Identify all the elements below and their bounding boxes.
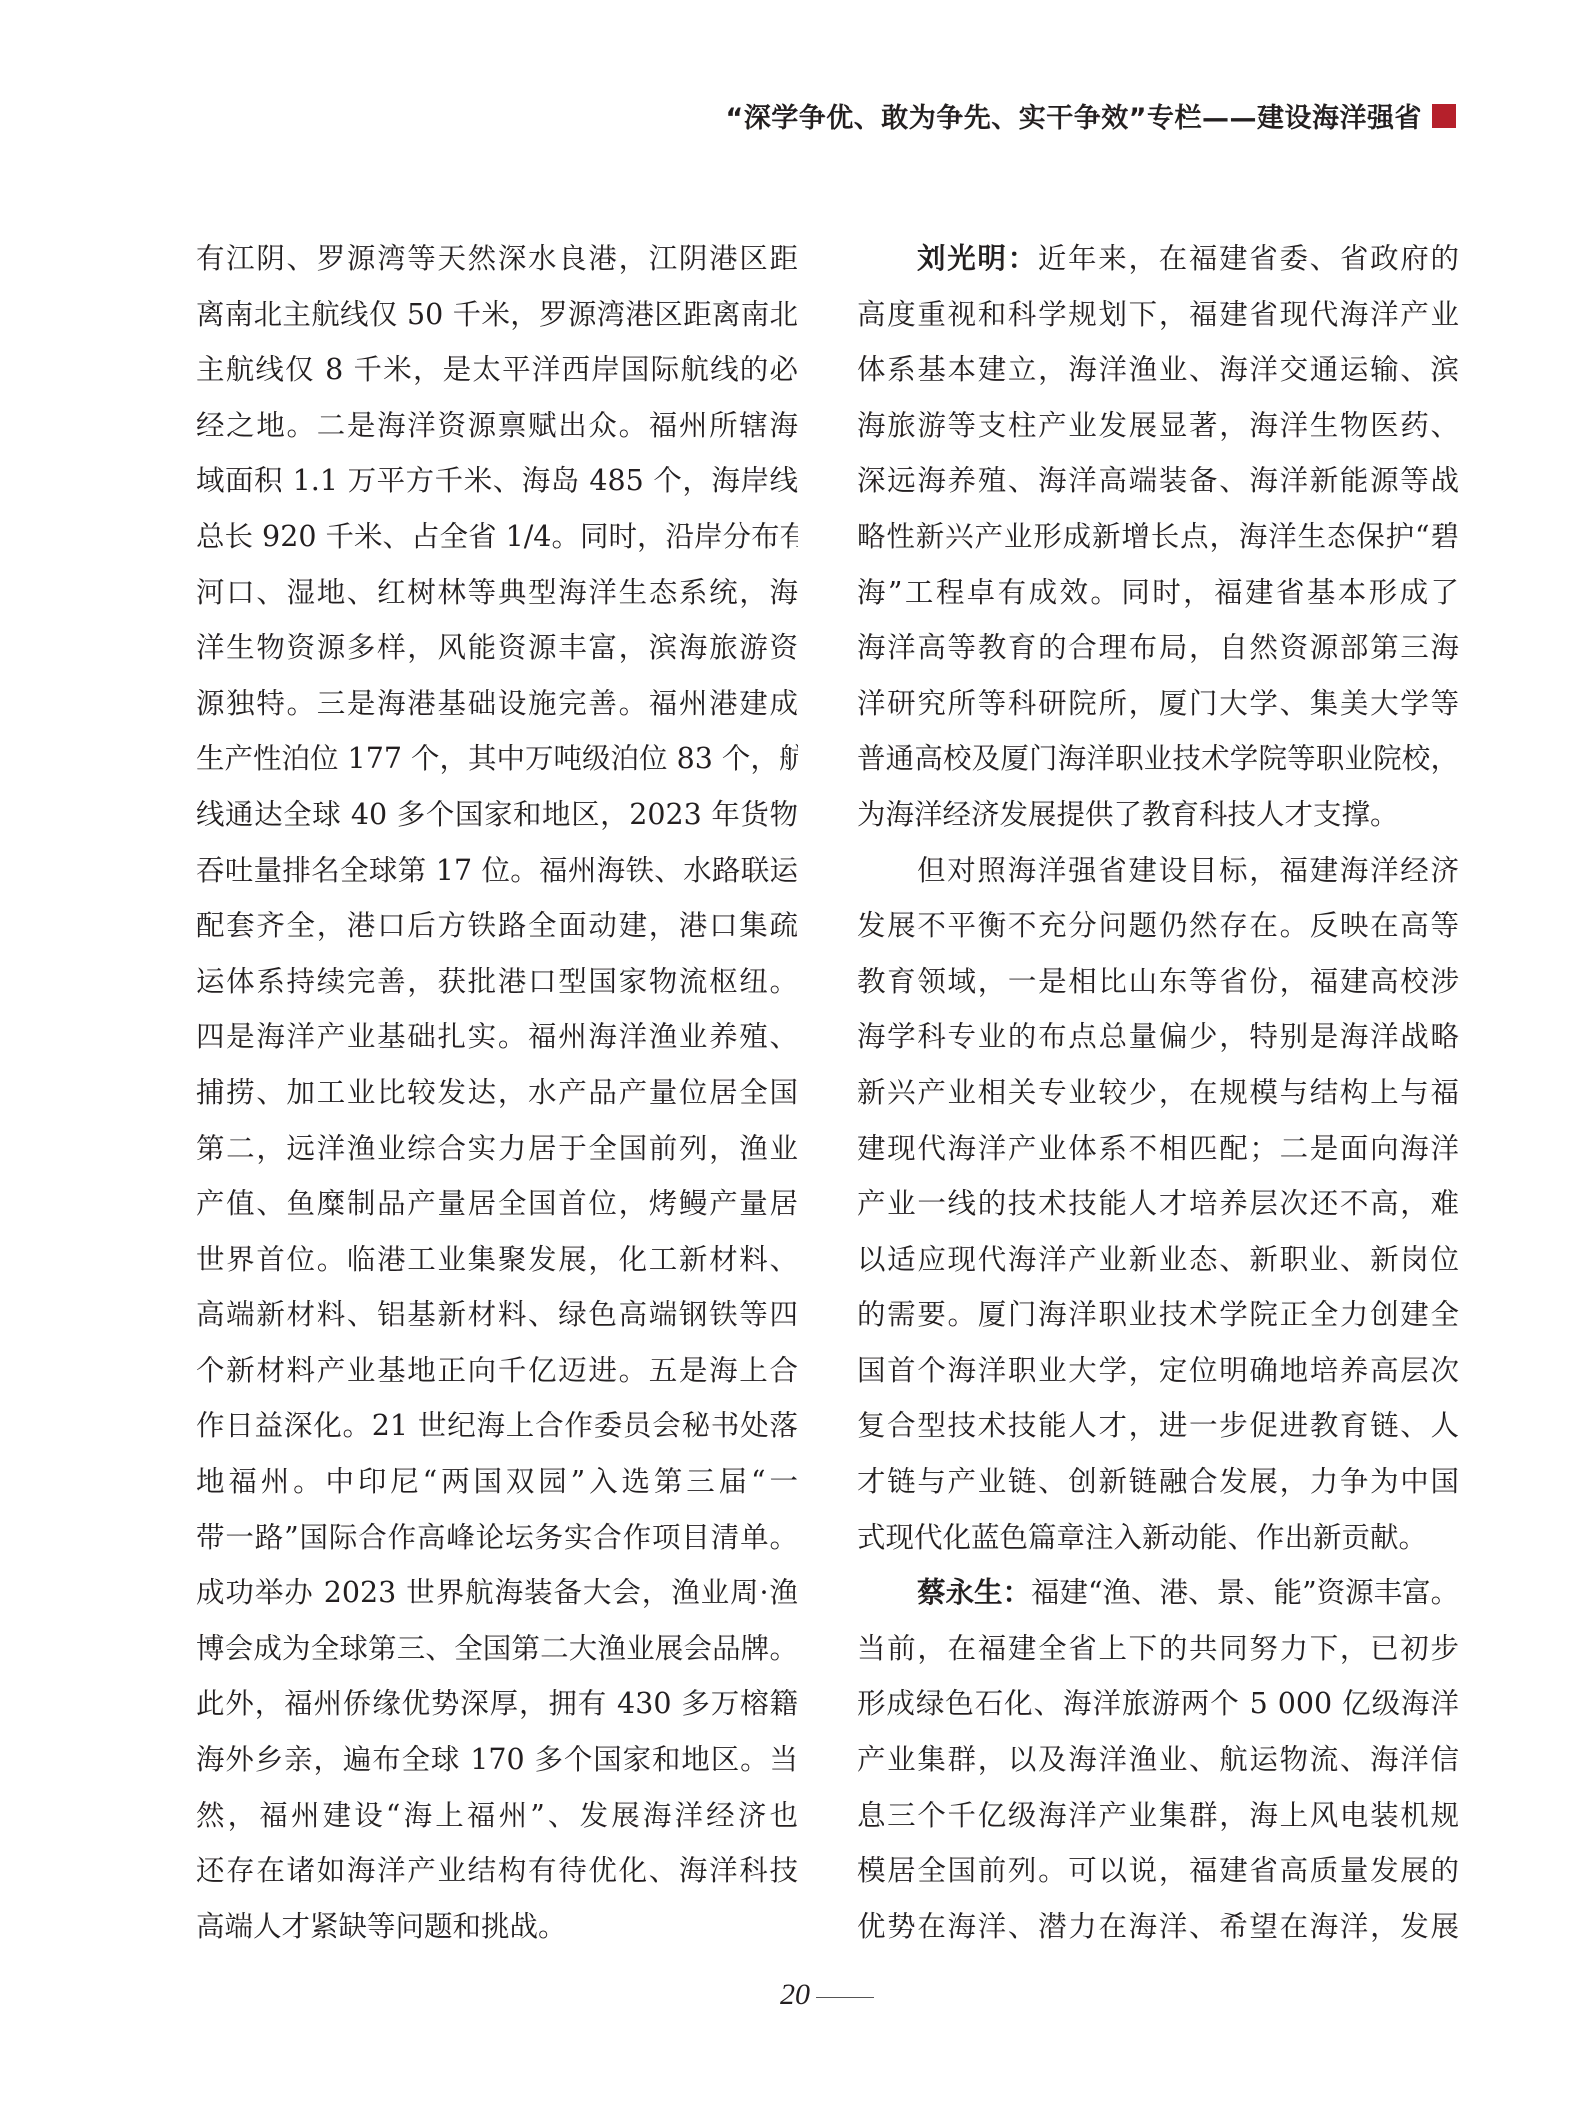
text-line: 海旅游等支柱产业发展显著，海洋生物医药、	[857, 398, 1459, 454]
text-line: 生产性泊位 177 个，其中万吨级泊位 83 个，航	[196, 731, 798, 787]
text-line: 复合型技术技能人才，进一步促进教育链、人	[857, 1398, 1459, 1454]
text-line: 息三个千亿级海洋产业集群，海上风电装机规	[857, 1788, 1459, 1844]
text-line: 经之地。二是海洋资源禀赋出众。福州所辖海	[196, 398, 798, 454]
text-line: 国首个海洋职业大学，定位明确地培养高层次	[857, 1343, 1459, 1399]
speaker-name: 刘光明：	[917, 242, 1038, 275]
footer-rule	[816, 1997, 874, 1998]
text-line: 形成绿色石化、海洋旅游两个 5 000 亿级海洋	[857, 1676, 1459, 1732]
text-line: 当前，在福建全省上下的共同努力下，已初步	[857, 1621, 1459, 1677]
text-line: 高端新材料、铝基新材料、绿色高端钢铁等四	[196, 1287, 798, 1343]
paragraph-first-line: 但对照海洋强省建设目标，福建海洋经济	[857, 843, 1459, 899]
text-line: 世界首位。临港工业集聚发展，化工新材料、	[196, 1232, 798, 1288]
text-line: 高端人才紧缺等问题和挑战。	[196, 1899, 798, 1955]
text-line: 产值、鱼糜制品产量居全国首位，烤鳗产量居	[196, 1176, 798, 1232]
text-line: 捕捞、加工业比较发达，水产品产量位居全国	[196, 1065, 798, 1121]
text-line: 体系基本建立，海洋渔业、海洋交通运输、滨	[857, 342, 1459, 398]
left-text-column: 有江阴、罗源湾等天然深水良港，江阴港区距 离南北主航线仅 50 千米，罗源湾港区…	[196, 231, 798, 1954]
text-line: 的需要。厦门海洋职业技术学院正全力创建全	[857, 1287, 1459, 1343]
text-line: 建现代海洋产业体系不相匹配；二是面向海洋	[857, 1121, 1459, 1177]
text-line: 此外，福州侨缘优势深厚，拥有 430 多万榕籍	[196, 1676, 798, 1732]
text-line: 配套齐全，港口后方铁路全面动建，港口集疏	[196, 898, 798, 954]
text-line: 才链与产业链、创新链融合发展，力争为中国	[857, 1454, 1459, 1510]
text-line: 产业集群，以及海洋渔业、航运物流、海洋信	[857, 1732, 1459, 1788]
text-line: 海学科专业的布点总量偏少，特别是海洋战略	[857, 1009, 1459, 1065]
text-line: 海”工程卓有成效。同时，福建省基本形成了	[857, 565, 1459, 621]
text-run: 近年来，在福建省委、省政府的	[1038, 242, 1459, 275]
text-line: 普通高校及厦门海洋职业技术学院等职业院校，	[857, 731, 1459, 787]
text-line: 运体系持续完善，获批港口型国家物流枢纽。	[196, 954, 798, 1010]
text-line: 作日益深化。21 世纪海上合作委员会秘书处落	[196, 1398, 798, 1454]
text-line: 高度重视和科学规划下，福建省现代海洋产业	[857, 287, 1459, 343]
text-line: 产业一线的技术技能人才培养层次还不高，难	[857, 1176, 1459, 1232]
text-line: 为海洋经济发展提供了教育科技人才支撑。	[857, 787, 1459, 843]
running-header: “深学争优、敢为争先、实干争效”专栏——建设海洋强省	[726, 96, 1457, 135]
text-line: 带一路”国际合作高峰论坛务实合作项目清单。	[196, 1510, 798, 1566]
text-line: 海外乡亲，遍布全球 170 多个国家和地区。当	[196, 1732, 798, 1788]
text-line: 以适应现代海洋产业新业态、新职业、新岗位	[857, 1232, 1459, 1288]
page-footer: 20	[780, 1978, 874, 2012]
text-line: 式现代化蓝色篇章注入新动能、作出新贡献。	[857, 1510, 1459, 1566]
text-line: 发展不平衡不充分问题仍然存在。反映在高等	[857, 898, 1459, 954]
text-line: 线通达全球 40 多个国家和地区，2023 年货物	[196, 787, 798, 843]
text-line: 略性新兴产业形成新增长点，海洋生态保护“碧	[857, 509, 1459, 565]
text-line: 博会成为全球第三、全国第二大渔业展会品牌。	[196, 1621, 798, 1677]
text-line: 个新材料产业基地正向千亿迈进。五是海上合	[196, 1343, 798, 1399]
text-line: 有江阴、罗源湾等天然深水良港，江阴港区距	[196, 231, 798, 287]
text-line: 主航线仅 8 千米，是太平洋西岸国际航线的必	[196, 342, 798, 398]
text-line: 第二，远洋渔业综合实力居于全国前列，渔业	[196, 1121, 798, 1177]
text-line: 新兴产业相关专业较少，在规模与结构上与福	[857, 1065, 1459, 1121]
text-line: 河口、湿地、红树林等典型海洋生态系统，海	[196, 565, 798, 621]
paragraph-first-line: 蔡永生：福建“渔、港、景、能”资源丰富。	[857, 1565, 1459, 1621]
paragraph-first-line: 刘光明：近年来，在福建省委、省政府的	[857, 231, 1459, 287]
text-line: 成功举办 2023 世界航海装备大会，渔业周·渔	[196, 1565, 798, 1621]
text-line: 模居全国前列。可以说，福建省高质量发展的	[857, 1843, 1459, 1899]
text-line: 洋研究所等科研院所，厦门大学、集美大学等	[857, 676, 1459, 732]
text-line: 深远海养殖、海洋高端装备、海洋新能源等战	[857, 453, 1459, 509]
text-line: 地福州。中印尼“两国双园”入选第三届“一	[196, 1454, 798, 1510]
page-number: 20	[780, 1978, 810, 2012]
text-line: 域面积 1.1 万平方千米、海岛 485 个，海岸线	[196, 453, 798, 509]
text-line: 优势在海洋、潜力在海洋、希望在海洋，发展	[857, 1899, 1459, 1955]
right-text-column: 刘光明：近年来，在福建省委、省政府的 高度重视和科学规划下，福建省现代海洋产业 …	[857, 231, 1459, 1954]
red-square-marker-icon	[1432, 104, 1456, 128]
speaker-name: 蔡永生：	[917, 1576, 1031, 1609]
text-line: 海洋高等教育的合理布局，自然资源部第三海	[857, 620, 1459, 676]
text-line: 教育领域，一是相比山东等省份，福建高校涉	[857, 954, 1459, 1010]
text-line: 源独特。三是海港基础设施完善。福州港建成	[196, 676, 798, 732]
text-run: 福建“渔、港、景、能”资源丰富。	[1031, 1576, 1459, 1609]
text-line: 总长 920 千米、占全省 1/4。同时，沿岸分布有	[196, 509, 798, 565]
text-line: 吞吐量排名全球第 17 位。福州海铁、水路联运	[196, 843, 798, 899]
text-line: 四是海洋产业基础扎实。福州海洋渔业养殖、	[196, 1009, 798, 1065]
text-line: 洋生物资源多样，风能资源丰富，滨海旅游资	[196, 620, 798, 676]
text-line: 离南北主航线仅 50 千米，罗源湾港区距离南北	[196, 287, 798, 343]
text-line: 还存在诸如海洋产业结构有待优化、海洋科技	[196, 1843, 798, 1899]
column-title: “深学争优、敢为争先、实干争效”专栏——建设海洋强省	[726, 96, 1423, 135]
text-line: 然，福州建设“海上福州”、发展海洋经济也	[196, 1788, 798, 1844]
